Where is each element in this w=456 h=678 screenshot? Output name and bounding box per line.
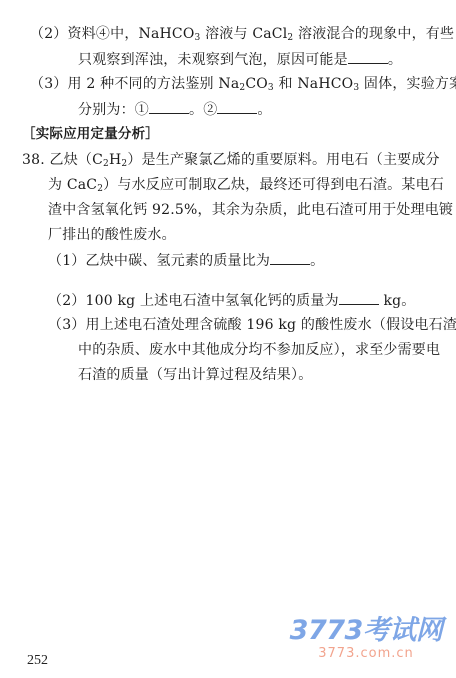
question-number: 38. — [22, 152, 45, 168]
q38-part3-line3: 石渣的质量（写出计算过程及结果）。 — [78, 365, 312, 385]
q37-part3-line1: （3）用 2 种不同的方法鉴别 Na2CO3 和 NaHCO3 固体，实验方案 — [30, 74, 456, 94]
answer-blank[interactable] — [270, 250, 310, 265]
watermark-url: 3773.com.cn — [286, 646, 446, 662]
q37-part2-line1: （2）资料④中，NaHCO3 溶液与 CaCl2 溶液混合的现象中，有些 — [30, 24, 454, 44]
answer-blank-2[interactable] — [217, 99, 257, 114]
answer-blank-1[interactable] — [149, 99, 189, 114]
q38-part1: （1）乙炔中碳、氢元素的质量比为。 — [48, 250, 324, 271]
q38-part2: （2）100 kg 上述电石渣中氢氧化钙的质量为 kg。 — [48, 290, 416, 311]
watermark-logo: 3773考试网 3773.com.cn — [286, 616, 446, 662]
part-label: （3） — [48, 317, 86, 333]
watermark-title: 3773考试网 — [286, 616, 446, 646]
q37-part3-line2: 分别为：①。②。 — [78, 99, 272, 120]
part-label: （1） — [48, 253, 86, 269]
part-label: （2） — [30, 26, 68, 42]
answer-blank[interactable] — [348, 49, 388, 64]
q38-line3: 渣中含氢氧化钙 92.5%，其余为杂质，此电石渣可用于处理电镀 — [48, 200, 453, 220]
page-number: 252 — [27, 653, 48, 669]
part-label: （3） — [30, 76, 68, 92]
q38-line1: 38. 乙炔（C2H2）是生产聚氯乙烯的重要原料。用电石（主要成分 — [22, 150, 440, 170]
q37-part2-line2: 只观察到浑浊，未观察到气泡，原因可能是。 — [78, 49, 402, 70]
q38-line2: 为 CaC2）与水反应可制取乙炔，最终还可得到电石渣。某电石 — [48, 175, 444, 195]
q38-line4: 厂排出的酸性废水。 — [48, 225, 176, 245]
q38-part3-line1: （3）用上述电石渣处理含硫酸 196 kg 的酸性废水（假设电石渣 — [48, 315, 456, 335]
q38-part3-line2: 中的杂质、废水中其他成分均不参加反应），求至少需要电 — [78, 340, 440, 360]
answer-blank[interactable] — [339, 290, 379, 305]
section-heading: ［实际应用定量分析］ — [22, 124, 159, 144]
part-label: （2） — [48, 293, 86, 309]
